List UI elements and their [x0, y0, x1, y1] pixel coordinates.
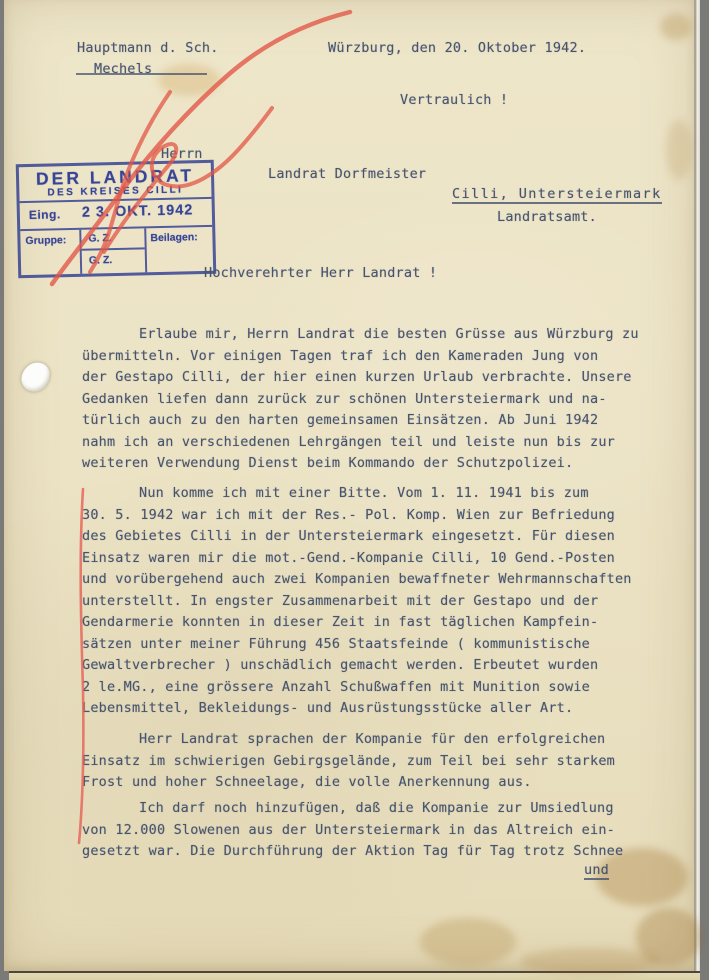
- body-paragraph-4: Ich darf noch hinzufügen, daß die Kompan…: [82, 798, 660, 863]
- recipient-city: Cilli, Untersteiermark: [452, 184, 662, 206]
- stamp-gz-row2: G. Z.: [82, 249, 145, 266]
- stamp-gruppe-label: Gruppe:: [20, 230, 80, 275]
- stamp-eingang-label: Eing.: [29, 207, 61, 222]
- stamp-eingang-date: 2 3. OKT. 1942: [82, 202, 194, 221]
- stamp-gz-cell: G. Z. G. Z.: [79, 228, 147, 274]
- sender-surname: Mechels: [94, 59, 152, 81]
- stamp-eingang-row: Eing. 2 3. OKT. 1942: [20, 197, 213, 229]
- catchword-text: und: [584, 862, 609, 880]
- stamp-gz-row1: G. Z.: [81, 228, 144, 250]
- body-paragraph-3: Herr Landrat sprachen der Kompanie für d…: [82, 729, 660, 794]
- confidential-note: Vertraulich !: [400, 90, 508, 112]
- recipient-name: Landrat Dorfmeister: [268, 164, 426, 186]
- page-right-edge: [694, 0, 700, 975]
- sender-underline: [76, 73, 207, 75]
- body-paragraph-1: Erlaube mir, Herrn Landrat die besten Gr…: [82, 324, 660, 475]
- dateline: Würzburg, den 20. Oktober 1942.: [328, 38, 586, 60]
- sender-name: Hauptmann d. Sch.: [77, 38, 219, 60]
- document-photo: Hauptmann d. Sch. Mechels Würzburg, den …: [0, 0, 709, 980]
- recipient-city-text: Cilli, Untersteiermark: [452, 186, 662, 204]
- stamp-header: DER LANDRAT DES KREISES CILLI: [19, 163, 212, 201]
- catchword: und: [584, 860, 609, 882]
- entry-stamp: DER LANDRAT DES KREISES CILLI Eing. 2 3.…: [16, 160, 217, 278]
- body-paragraph-2: Nun komme ich mit einer Bitte. Vom 1. 11…: [82, 483, 660, 720]
- underlying-page-edge: [9, 971, 700, 980]
- salutation: Hochverehrter Herr Landrat !: [204, 263, 437, 285]
- stamp-bottom-row: Gruppe: G. Z. G. Z. Beilagen:: [20, 225, 213, 275]
- recipient-office: Landratsamt.: [497, 207, 597, 229]
